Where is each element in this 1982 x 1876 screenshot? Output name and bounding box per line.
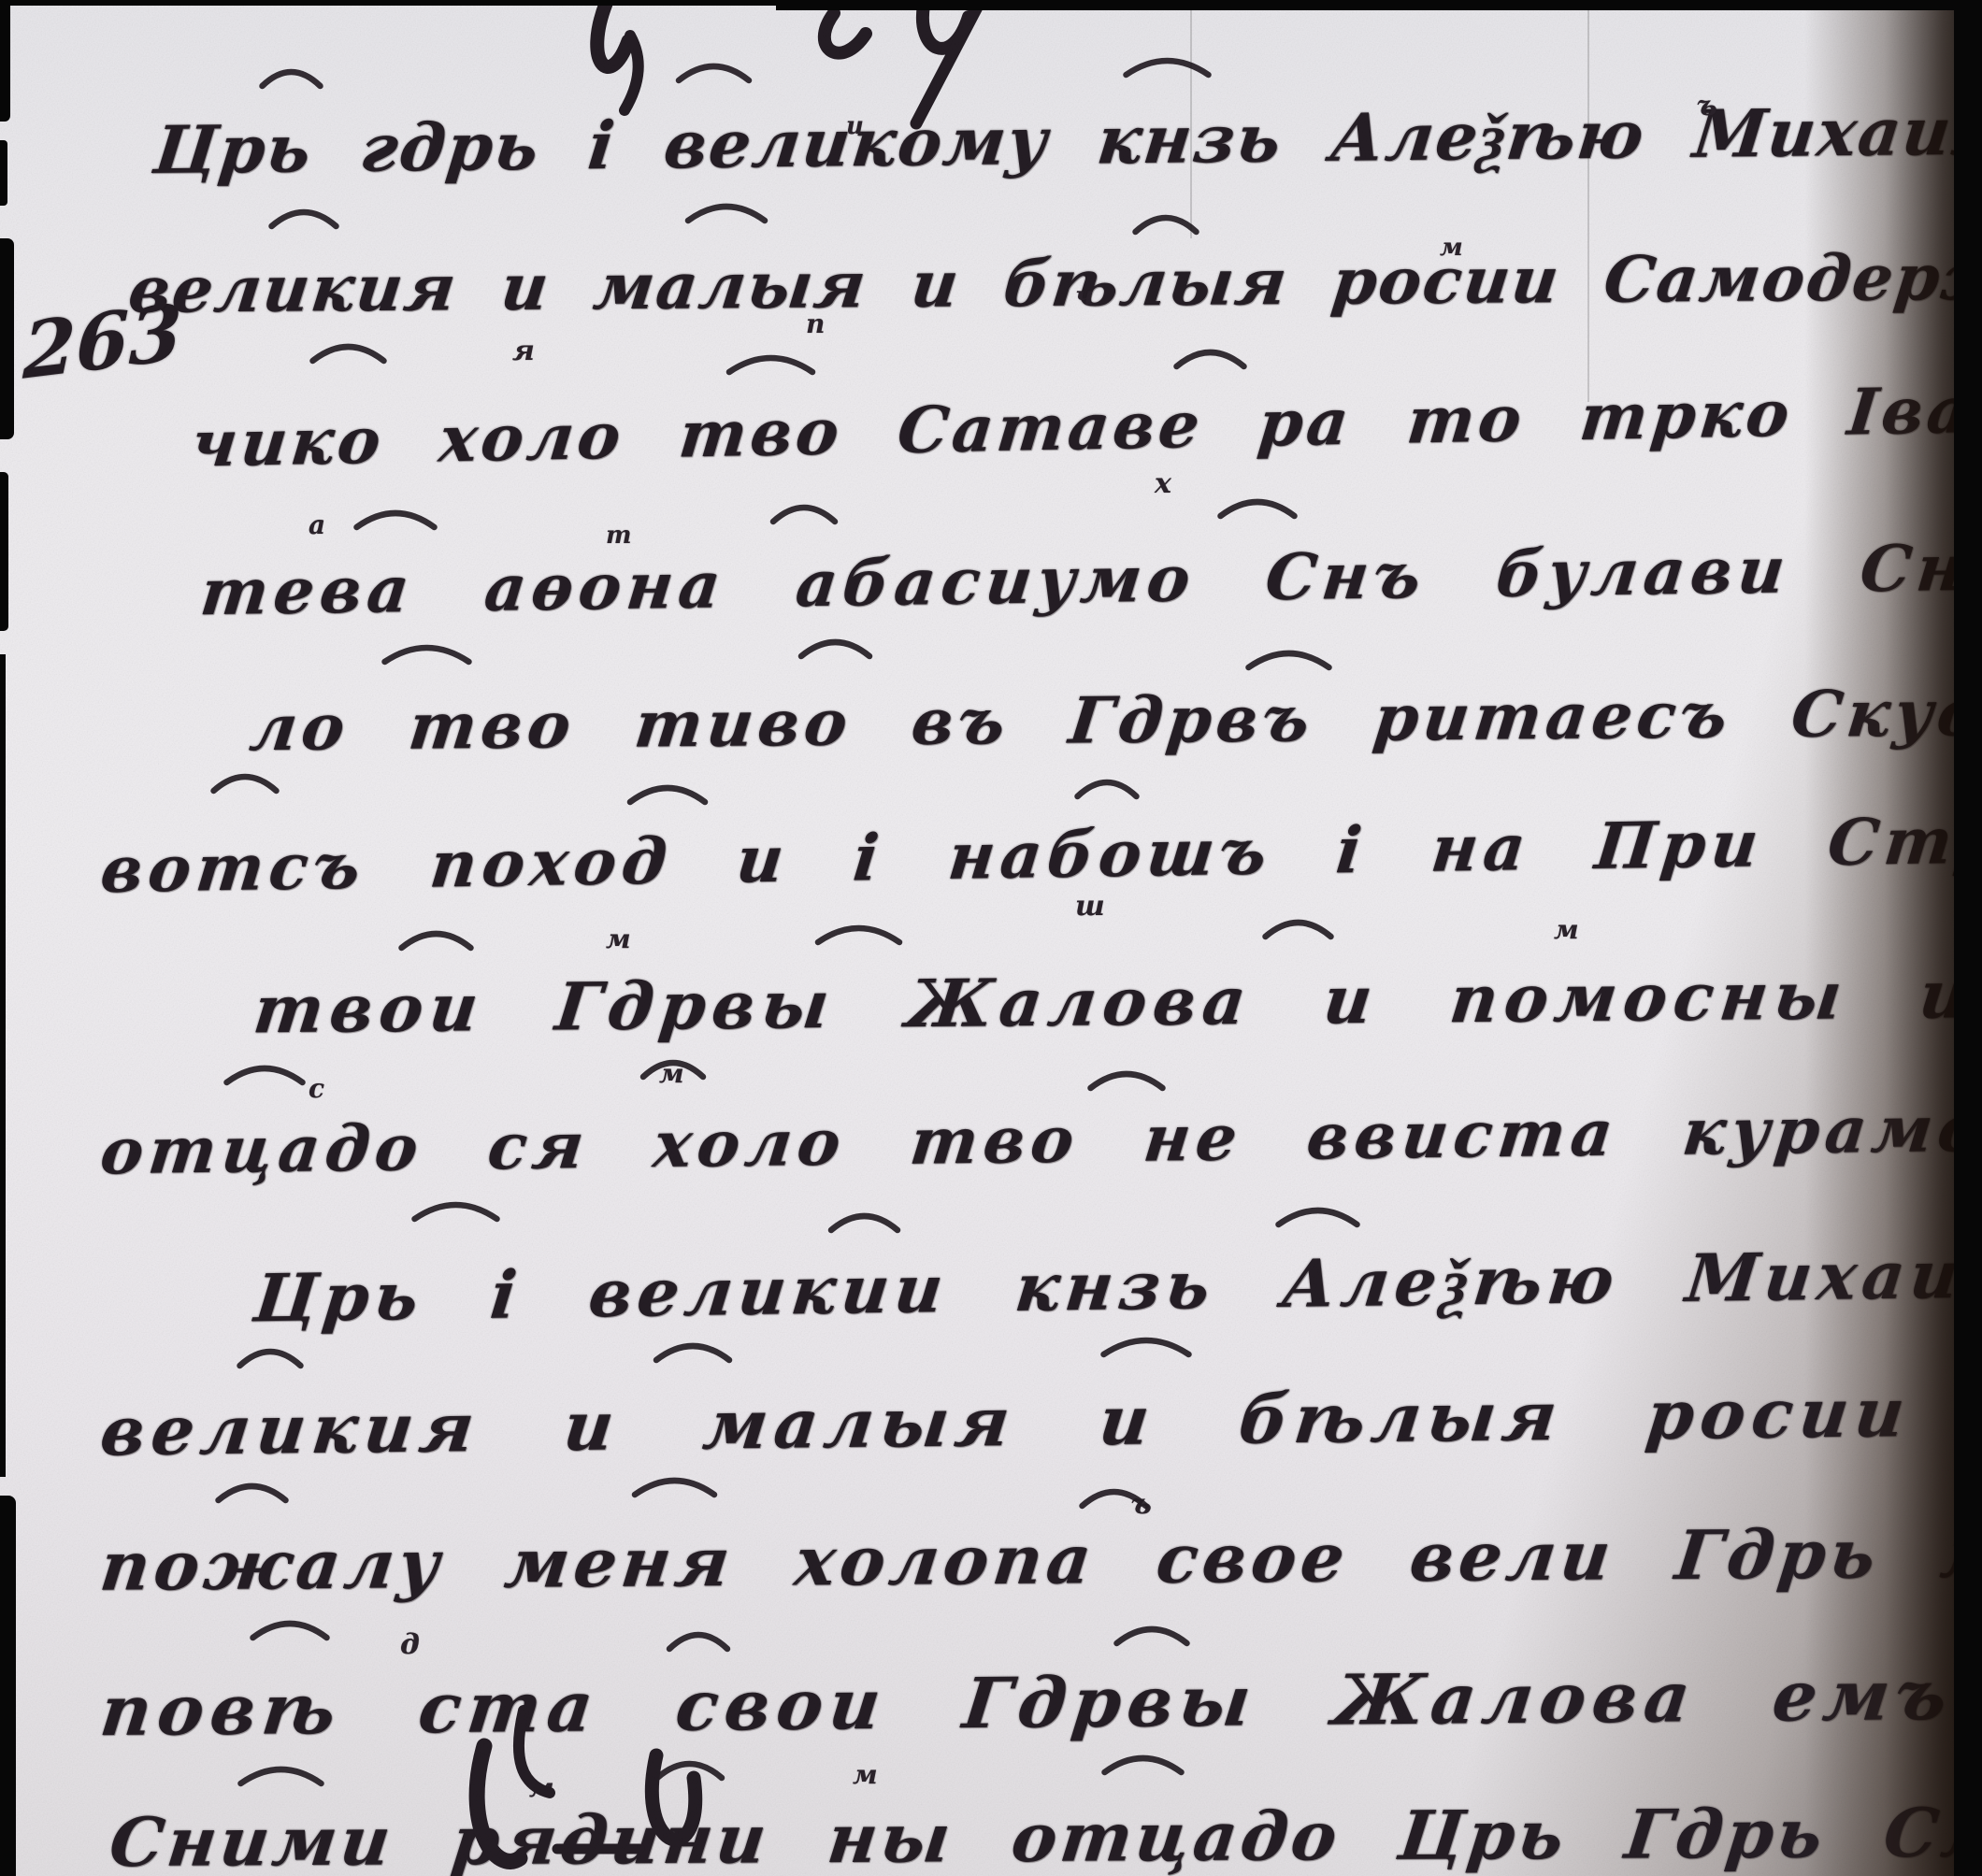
superscript-letter: я	[512, 335, 535, 367]
manuscript-line-10: великия и малыя и бѣлыя росии Самодерж	[96, 1367, 1982, 1471]
superscript-letter: м	[659, 1058, 684, 1089]
film-edge-left	[0, 140, 7, 206]
manuscript-line-12: повѣ ста свои Гдрвы Жалова емъ потъ	[96, 1653, 1982, 1752]
film-edge-left	[0, 472, 8, 631]
superscript-letter: м	[1554, 914, 1579, 945]
film-edge-right	[1954, 0, 1982, 1876]
manuscript-line-4: тева аѳона абасиумо Снъ булави Сну Жчихо	[197, 525, 1982, 630]
manuscript-line-3: чико холо тво Сатаве ра то трко Iвано по…	[188, 363, 1982, 481]
manuscript-photo: 263 Црь гдрь i великому кнзь Алеѯѣю Миха…	[0, 0, 1982, 1876]
manuscript-line-13: Сними рядини ны отцадо Црь Гдрь Смилуiся	[106, 1791, 1982, 1876]
page-crease	[1587, 0, 1589, 402]
film-edge-top	[776, 0, 1982, 10]
manuscript-line-8: отцадо ся холо тво не ввиста курамси Гдр…	[97, 1088, 1982, 1190]
superscript-letter: м	[606, 924, 631, 954]
superscript-letter: ъ	[1697, 90, 1717, 122]
superscript-letter: ъ	[1131, 1488, 1152, 1521]
superscript-letter: м	[1440, 234, 1463, 262]
film-edge-left	[0, 1496, 16, 1876]
manuscript-line-5: ло тво тиво въ Гдрвъ ритаесъ Скуду со ру…	[246, 670, 1982, 766]
superscript-letter: а	[309, 509, 325, 540]
superscript-letter: ш	[1075, 890, 1105, 923]
manuscript-line-6: вотсъ поход и i набошъ i на При Студеовѣ…	[97, 797, 1982, 908]
superscript-letter: ч	[1075, 280, 1094, 311]
superscript-letter: и	[846, 112, 864, 140]
page-crease	[1190, 0, 1192, 238]
manuscript-line-7: твои Гдрвы Жалова и помосны и денежны	[250, 952, 1982, 1049]
film-edge-left	[0, 238, 14, 439]
superscript-letter: д	[400, 1628, 420, 1661]
film-edge-left	[0, 0, 10, 122]
superscript-letter: м	[529, 1772, 554, 1803]
film-edge-left	[0, 654, 6, 1477]
superscript-letter: м	[853, 1759, 878, 1790]
superscript-letter: т	[606, 522, 632, 550]
manuscript-line-2: великия и малыя и бѣлыя росии Самодержцу…	[124, 236, 1982, 328]
superscript-letter: п	[806, 308, 825, 339]
superscript-letter: с	[309, 1073, 324, 1104]
manuscript-line-11: пожалу меня холопа свое вели Гдрь меня	[96, 1511, 1982, 1606]
manuscript-line-9: Црь i великии кнзь Алеѯѣю Михаиловжем вс…	[251, 1227, 1982, 1339]
superscript-letter: х	[1155, 467, 1171, 500]
